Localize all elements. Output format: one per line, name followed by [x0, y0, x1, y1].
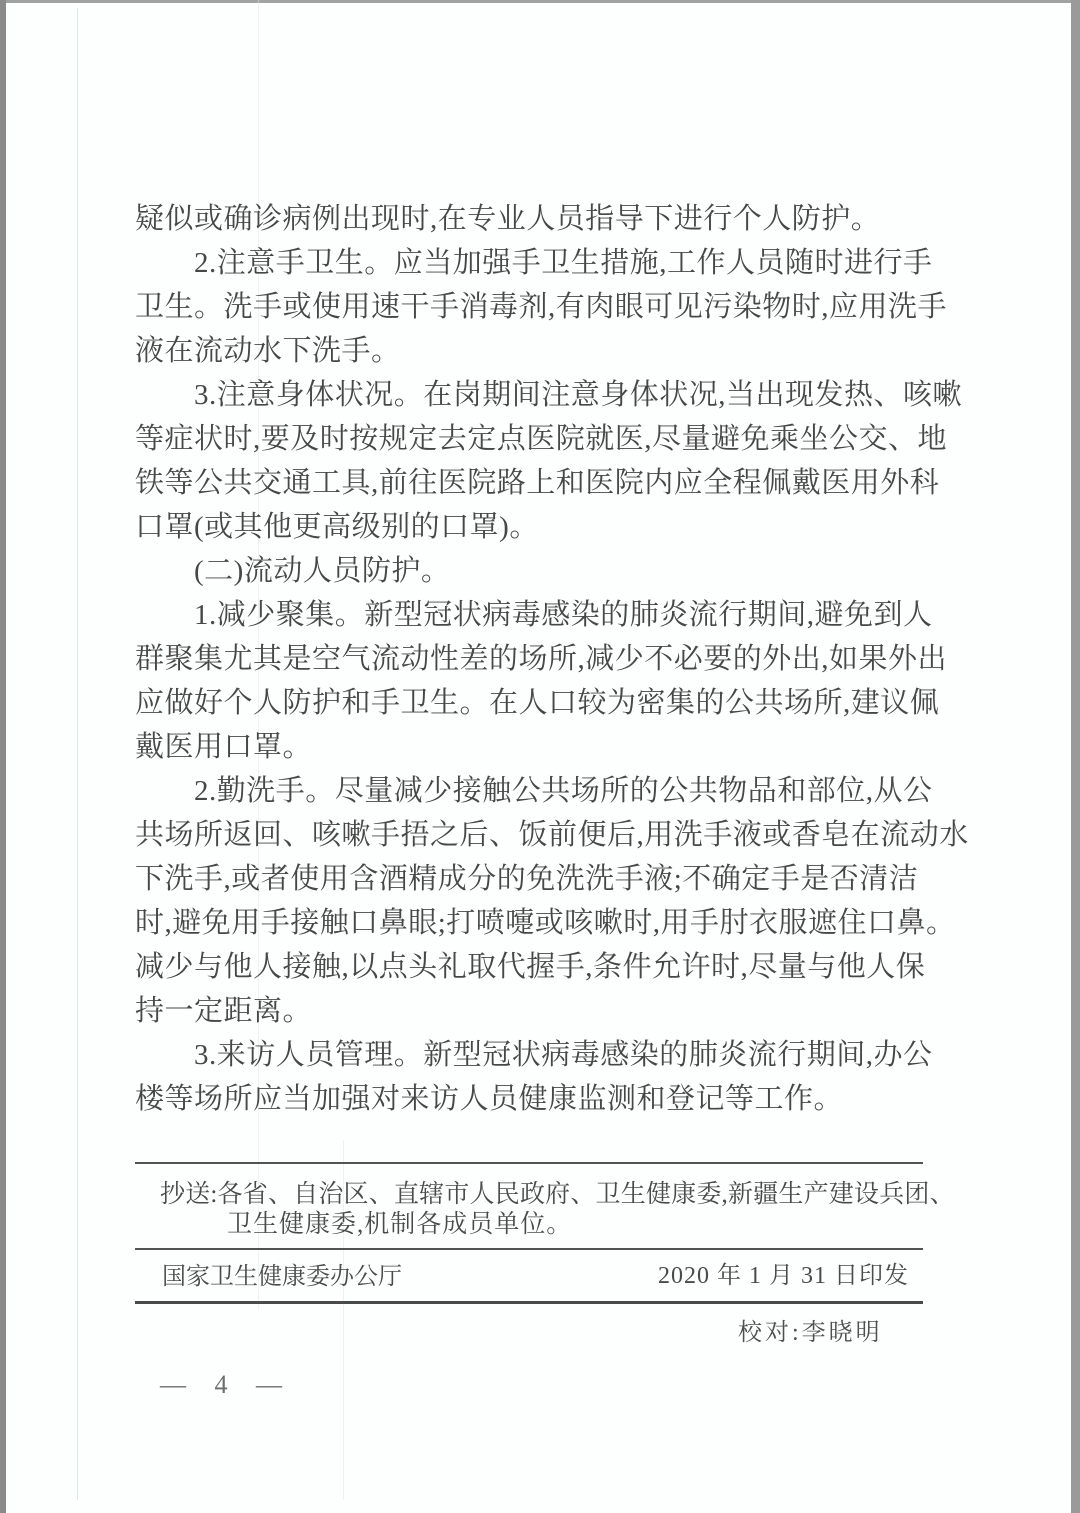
footer-divider-bottom — [135, 1301, 923, 1304]
issuing-office: 国家卫生健康委办公厅 — [162, 1262, 402, 1292]
cc-recipients-line2: 卫生健康委,机制各成员单位。 — [227, 1210, 572, 1240]
scan-edge-left — [0, 0, 6, 1513]
print-date: 2020 年 1 月 31 日印发 — [658, 1261, 909, 1291]
scan-fold-line — [77, 8, 78, 1500]
body-text-line: (二)流动人员防护。 — [135, 549, 941, 593]
body-text-line: 应做好个人防护和手卫生。在人口较为密集的公共场所,建议佩 — [135, 681, 941, 725]
body-text-line: 楼等场所应当加强对来访人员健康监测和登记等工作。 — [135, 1077, 941, 1121]
footer-divider-middle — [135, 1248, 923, 1250]
footer-divider-top — [135, 1162, 923, 1164]
body-text-line: 共场所返回、咳嗽手捂之后、饭前便后,用洗手液或香皂在流动水 — [135, 813, 941, 857]
body-text-line: 持一定距离。 — [135, 989, 941, 1033]
body-text-line: 3.注意身体状况。在岗期间注意身体状况,当出现发热、咳嗽 — [135, 373, 941, 417]
body-text-line: 下洗手,或者使用含酒精成分的免洗洗手液;不确定手是否清洁 — [135, 857, 941, 901]
body-text-line: 1.减少聚集。新型冠状病毒感染的肺炎流行期间,避免到人 — [135, 593, 941, 637]
body-text-line: 液在流动水下洗手。 — [135, 329, 941, 373]
body-text-line: 群聚集尤其是空气流动性差的场所,减少不必要的外出,如果外出 — [135, 637, 941, 681]
body-text-line: 铁等公共交通工具,前往医院路上和医院内应全程佩戴医用外科 — [135, 461, 941, 505]
page-number: — 4 — — [160, 1370, 290, 1400]
body-text-line: 2.勤洗手。尽量减少接触公共场所的公共物品和部位,从公 — [135, 769, 941, 813]
document-body-text: 疑似或确诊病例出现时,在专业人员指导下进行个人防护。 2.注意手卫生。应当加强手… — [135, 197, 941, 1121]
scan-edge-top — [0, 0, 1080, 3]
scan-edge-right — [1071, 0, 1080, 1513]
scanned-document-page: 疑似或确诊病例出现时,在专业人员指导下进行个人防护。 2.注意手卫生。应当加强手… — [0, 0, 1080, 1513]
body-text-line: 卫生。洗手或使用速干手消毒剂,有肉眼可见污染物时,应用洗手 — [135, 285, 941, 329]
body-text-line: 等症状时,要及时按规定去定点医院就医,尽量避免乘坐公交、地 — [135, 417, 941, 461]
body-text-line: 口罩(或其他更高级别的口罩)。 — [135, 505, 941, 549]
body-text-line: 减少与他人接触,以点头礼取代握手,条件允许时,尽量与他人保 — [135, 945, 941, 989]
body-text-line: 戴医用口罩。 — [135, 725, 941, 769]
body-text-line: 疑似或确诊病例出现时,在专业人员指导下进行个人防护。 — [135, 197, 941, 241]
body-text-line: 时,避免用手接触口鼻眼;打喷嚏或咳嗽时,用手肘衣服遮住口鼻。 — [135, 901, 941, 945]
body-text-line: 3.来访人员管理。新型冠状病毒感染的肺炎流行期间,办公 — [135, 1033, 941, 1077]
proofreader: 校对:李晓明 — [738, 1318, 883, 1348]
cc-recipients-line1: 抄送:各省、自治区、直辖市人民政府、卫生健康委,新疆生产建设兵团、 — [160, 1180, 955, 1210]
body-text-line: 2.注意手卫生。应当加强手卫生措施,工作人员随时进行手 — [135, 241, 941, 285]
